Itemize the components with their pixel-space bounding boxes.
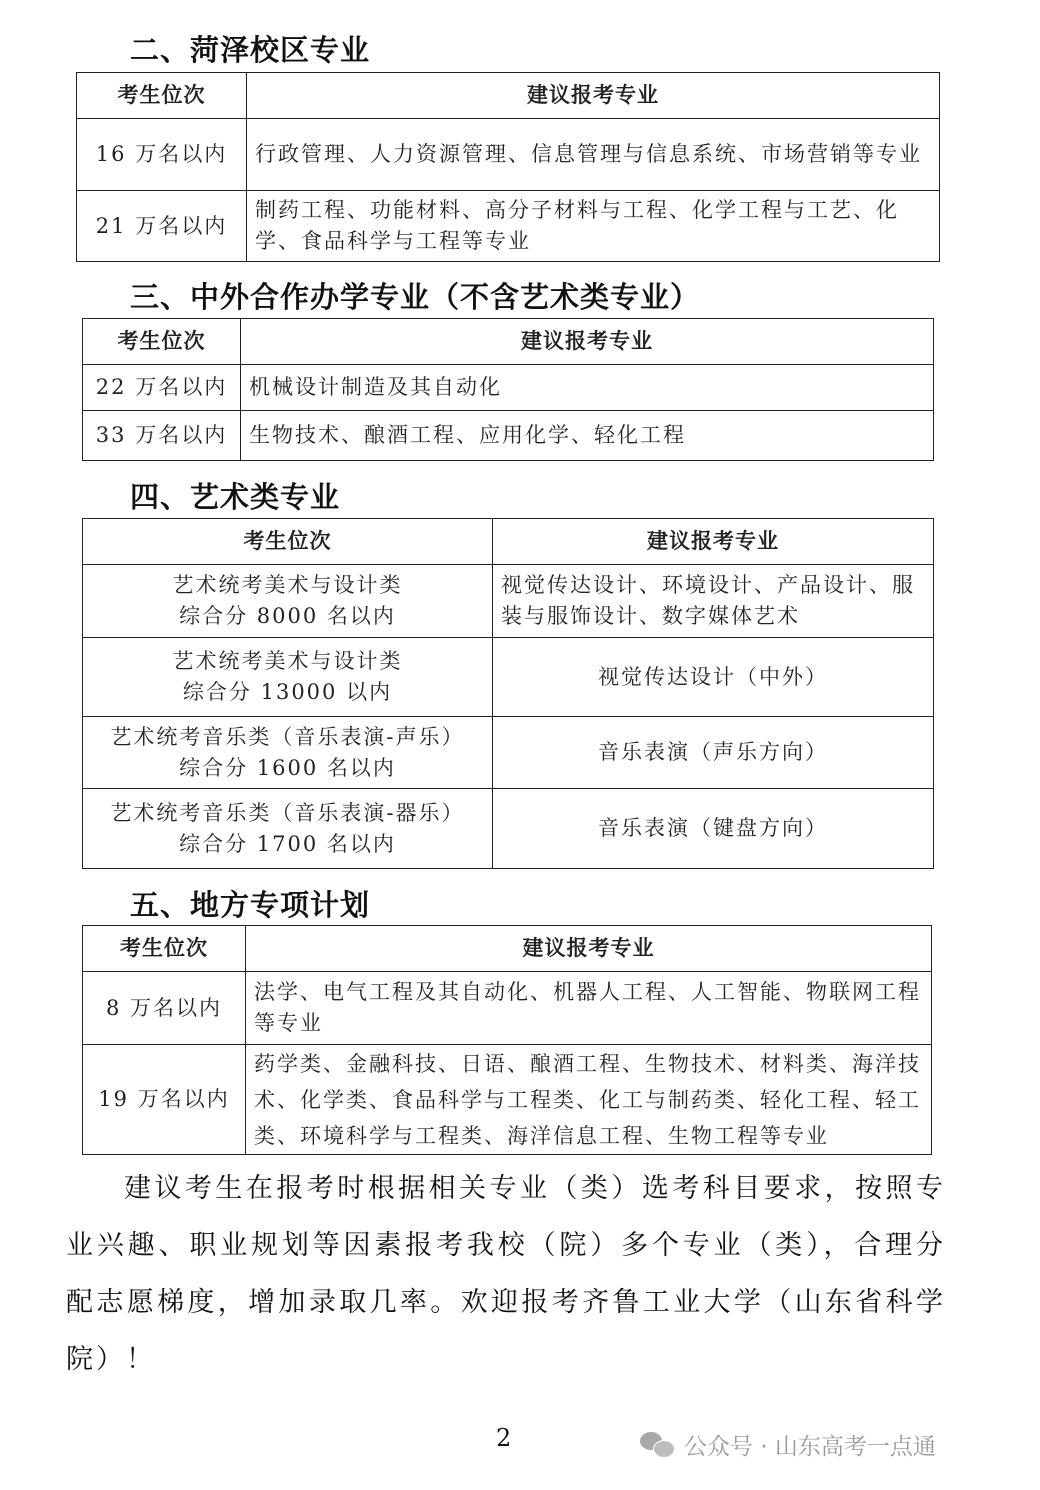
rank-cell: 16 万名以内	[77, 119, 247, 191]
table-heze: 考生位次 建议报考专业 16 万名以内 行政管理、人力资源管理、信息管理与信息系…	[76, 72, 940, 262]
majors-cell: 音乐表演（键盘方向）	[493, 789, 934, 869]
header-rank: 考生位次	[83, 519, 493, 565]
majors-cell: 视觉传达设计（中外）	[493, 638, 934, 717]
page-number: 2	[496, 1424, 511, 1452]
header-majors: 建议报考专业	[241, 319, 934, 365]
rank-line-1: 艺术统考美术与设计类	[91, 570, 484, 601]
rank-line-1: 艺术统考音乐类（音乐表演-器乐）	[91, 798, 484, 829]
rank-cell: 19 万名以内	[83, 1045, 246, 1155]
header-majors: 建议报考专业	[493, 519, 934, 565]
rank-cell: 33 万名以内	[83, 411, 241, 461]
rank-line-2: 综合分 1600 名以内	[91, 753, 484, 784]
majors-cell: 机械设计制造及其自动化	[241, 365, 934, 411]
section-heading-art: 四、艺术类专业	[130, 475, 340, 516]
closing-paragraph: 建议考生在报考时根据相关专业（类）选考科目要求，按照专业兴趣、职业规划等因素报考…	[66, 1160, 946, 1388]
table-row: 艺术统考美术与设计类 综合分 13000 以内 视觉传达设计（中外）	[83, 638, 934, 717]
rank-cell: 艺术统考音乐类（音乐表演-器乐） 综合分 1700 名以内	[83, 789, 493, 869]
table-row: 艺术统考音乐类（音乐表演-器乐） 综合分 1700 名以内 音乐表演（键盘方向）	[83, 789, 934, 869]
rank-cell: 艺术统考美术与设计类 综合分 8000 名以内	[83, 565, 493, 638]
header-rank: 考生位次	[83, 926, 246, 972]
rank-line-2: 综合分 8000 名以内	[91, 601, 484, 632]
rank-line-1: 艺术统考音乐类（音乐表演-声乐）	[91, 722, 484, 753]
table-row: 8 万名以内 法学、电气工程及其自动化、机器人工程、人工智能、物联网工程等专业	[83, 972, 932, 1045]
rank-cell: 8 万名以内	[83, 972, 246, 1045]
table-row: 19 万名以内 药学类、金融科技、日语、酿酒工程、生物技术、材料类、海洋技术、化…	[83, 1045, 932, 1155]
table-local-plan: 考生位次 建议报考专业 8 万名以内 法学、电气工程及其自动化、机器人工程、人工…	[82, 925, 932, 1155]
majors-cell: 法学、电气工程及其自动化、机器人工程、人工智能、物联网工程等专业	[246, 972, 932, 1045]
table-row: 33 万名以内 生物技术、酿酒工程、应用化学、轻化工程	[83, 411, 934, 461]
table-row: 22 万名以内 机械设计制造及其自动化	[83, 365, 934, 411]
rank-cell: 艺术统考音乐类（音乐表演-声乐） 综合分 1600 名以内	[83, 717, 493, 789]
header-majors: 建议报考专业	[246, 926, 932, 972]
rank-cell: 21 万名以内	[77, 191, 247, 262]
table-row: 艺术统考音乐类（音乐表演-声乐） 综合分 1600 名以内 音乐表演（声乐方向）	[83, 717, 934, 789]
watermark: 公众号 · 山东高考一点通	[640, 1428, 936, 1461]
table-header-row: 考生位次 建议报考专业	[83, 926, 932, 972]
section-heading-heze: 二、菏泽校区专业	[130, 28, 370, 69]
table-header-row: 考生位次 建议报考专业	[77, 73, 940, 119]
table-art: 考生位次 建议报考专业 艺术统考美术与设计类 综合分 8000 名以内 视觉传达…	[82, 518, 934, 869]
table-sino-foreign: 考生位次 建议报考专业 22 万名以内 机械设计制造及其自动化 33 万名以内 …	[82, 318, 934, 461]
header-rank: 考生位次	[83, 319, 241, 365]
watermark-text: 公众号 · 山东高考一点通	[684, 1428, 936, 1461]
rank-cell: 艺术统考美术与设计类 综合分 13000 以内	[83, 638, 493, 717]
rank-line-2: 综合分 13000 以内	[91, 677, 484, 708]
majors-cell: 视觉传达设计、环境设计、产品设计、服装与服饰设计、数字媒体艺术	[493, 565, 934, 638]
table-header-row: 考生位次 建议报考专业	[83, 519, 934, 565]
table-row: 艺术统考美术与设计类 综合分 8000 名以内 视觉传达设计、环境设计、产品设计…	[83, 565, 934, 638]
majors-cell: 制药工程、功能材料、高分子材料与工程、化学工程与工艺、化学、食品科学与工程等专业	[247, 191, 940, 262]
majors-cell: 生物技术、酿酒工程、应用化学、轻化工程	[241, 411, 934, 461]
rank-cell: 22 万名以内	[83, 365, 241, 411]
section-heading-local-plan: 五、地方专项计划	[130, 883, 370, 924]
majors-cell: 行政管理、人力资源管理、信息管理与信息系统、市场营销等专业	[247, 119, 940, 191]
wechat-icon	[640, 1430, 676, 1460]
header-rank: 考生位次	[77, 73, 247, 119]
rank-line-1: 艺术统考美术与设计类	[91, 646, 484, 677]
table-row: 16 万名以内 行政管理、人力资源管理、信息管理与信息系统、市场营销等专业	[77, 119, 940, 191]
table-header-row: 考生位次 建议报考专业	[83, 319, 934, 365]
rank-line-2: 综合分 1700 名以内	[91, 829, 484, 860]
majors-cell: 药学类、金融科技、日语、酿酒工程、生物技术、材料类、海洋技术、化学类、食品科学与…	[246, 1045, 932, 1155]
header-majors: 建议报考专业	[247, 73, 940, 119]
majors-cell: 音乐表演（声乐方向）	[493, 717, 934, 789]
table-row: 21 万名以内 制药工程、功能材料、高分子材料与工程、化学工程与工艺、化学、食品…	[77, 191, 940, 262]
section-heading-sino-foreign: 三、中外合作办学专业（不含艺术类专业）	[130, 275, 700, 316]
